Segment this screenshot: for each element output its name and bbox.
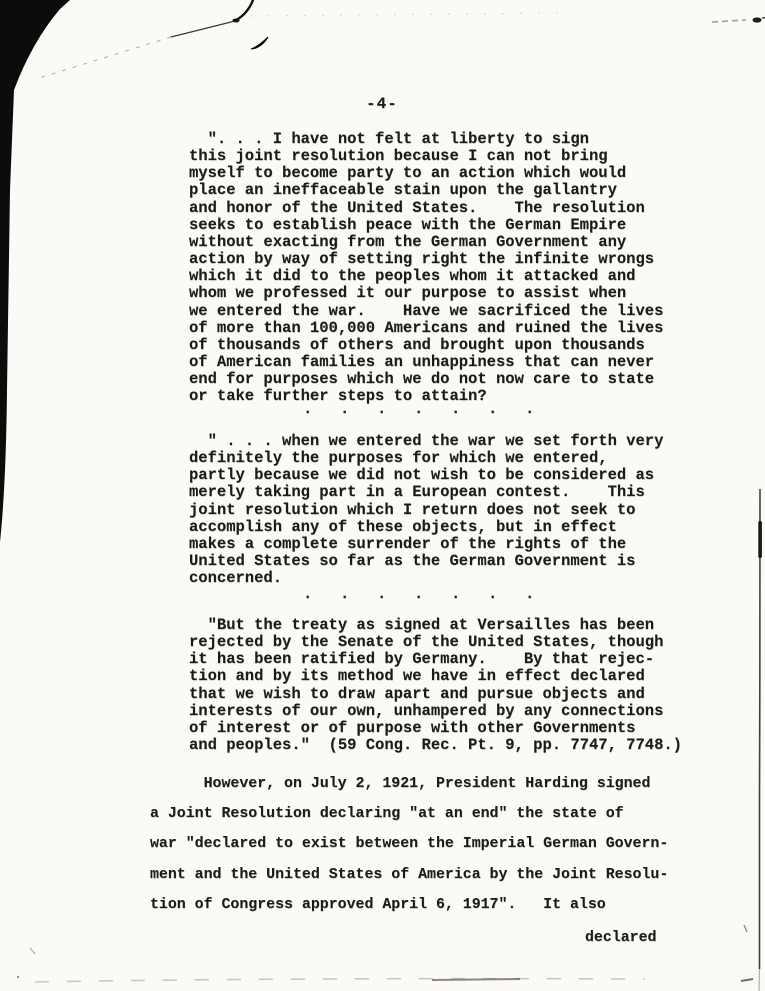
fold-crease-mid-line (171, 22, 233, 38)
right-edge-scan-line (744, 489, 762, 991)
catchword-declared: declared (585, 930, 657, 946)
pen-flick-mark (251, 37, 268, 49)
bottom-smudge-line (17, 948, 753, 982)
scan-corner-mark (0, 0, 70, 542)
blockquote-paragraph-2: " . . . when we entered the war we set f… (189, 433, 663, 587)
top-speckle-row (250, 13, 560, 16)
scanned-document-page: -4- ". . . I have not felt at liberty to… (0, 0, 765, 991)
fold-crease-faint-tail (36, 37, 171, 79)
fold-crease-knot (232, 19, 239, 23)
separator-dots-2: . . . . . . . (303, 586, 544, 603)
blockquote-paragraph-3: "But the treaty as signed at Versailles … (189, 617, 682, 754)
separator-dots-1: . . . . . . . (303, 401, 544, 418)
blockquote-paragraph-1: ". . . I have not felt at liberty to sig… (189, 131, 663, 406)
fold-crease-mark (236, 0, 253, 20)
page-number: -4- (366, 95, 398, 113)
top-right-smudge-mark (712, 17, 765, 22)
body-paragraph: However, on July 2, 1921, President Hard… (150, 769, 668, 920)
